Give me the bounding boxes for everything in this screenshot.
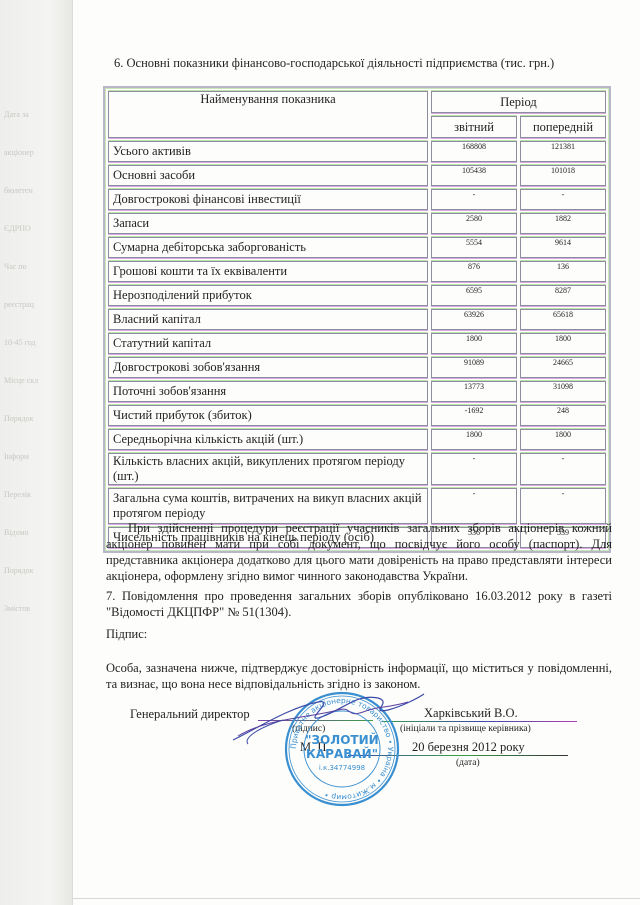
table-row: Довгострокові зобов'язання9108924665 [108,357,606,378]
indicator-name: Запаси [108,213,428,234]
value-previous: 8287 [520,285,606,306]
value-current: -1692 [431,405,517,426]
table-row: Кількість власних акцій, викуплених прот… [108,453,606,485]
ghost-text: Відомо [4,528,70,538]
table-row: Чистий прибуток (збиток)-1692248 [108,405,606,426]
page-bottom-edge [72,898,640,899]
value-previous: 1882 [520,213,606,234]
header-period: Період [431,91,606,113]
table-row: Власний капітал6392665618 [108,309,606,330]
table-row: Нерозподілений прибуток65958287 [108,285,606,306]
indicator-name: Статутний капітал [108,333,428,354]
value-previous: 121381 [520,141,606,162]
signer-name: Харківський В.О. [424,706,518,721]
value-previous: 65618 [520,309,606,330]
value-current: 91089 [431,357,517,378]
value-previous: 24665 [520,357,606,378]
ghost-text: Перелік [4,490,70,500]
ghost-text: Дата за [4,110,70,120]
value-previous: - [520,488,606,524]
publication-paragraph: 7. Повідомлення про проведення загальних… [106,588,612,620]
ghost-text: реєстрац [4,300,70,310]
value-previous: 9614 [520,237,606,258]
value-current: 5554 [431,237,517,258]
financial-indicators-table: Найменування показника Період звітний по… [103,86,611,553]
indicator-name: Кількість власних акцій, викуплених прот… [108,453,428,485]
signature-date: 20 березня 2012 року [412,740,525,755]
indicator-name: Основні засоби [108,165,428,186]
value-current: 1800 [431,429,517,450]
previous-page-edge: Дата заакціонербюлетенЄДРПОЧас пореєстра… [0,0,73,905]
value-current: 168808 [431,141,517,162]
value-current: 63926 [431,309,517,330]
ghost-text: акціонер [4,148,70,158]
table-row: Середньорічна кількість акцій (шт.)18001… [108,429,606,450]
indicator-name: Усього активів [108,141,428,162]
svg-text:КАРАВАЙ": КАРАВАЙ" [306,746,378,761]
table-row: Статутний капітал18001800 [108,333,606,354]
ghost-text: 10-45 год [4,338,70,348]
value-previous: 136 [520,261,606,282]
header-indicator-name: Найменування показника [108,91,428,138]
ghost-text: бюлетен [4,186,70,196]
indicator-name: Чистий прибуток (збиток) [108,405,428,426]
value-current: - [431,488,517,524]
table-row: Грошові кошти та їх еквіваленти876136 [108,261,606,282]
ghost-text: Змістов [4,604,70,614]
table-row: Довгострокові фінансові інвестиції-- [108,189,606,210]
value-previous: 1800 [520,333,606,354]
handwritten-signature-icon [228,688,428,748]
svg-text:і.к.34774998: і.к.34774998 [319,764,365,772]
value-current: 6595 [431,285,517,306]
value-previous: 31098 [520,381,606,402]
value-current: 876 [431,261,517,282]
header-previous: попередній [520,116,606,138]
value-current: 105438 [431,165,517,186]
indicator-name: Середньорічна кількість акцій (шт.) [108,429,428,450]
indicator-name: Поточні зобов'язання [108,381,428,402]
section-title: 6. Основні показники фінансово-господарс… [114,56,554,71]
ghost-text: ЄДРПО [4,224,70,234]
value-previous: 1800 [520,429,606,450]
table-row: Запаси25801882 [108,213,606,234]
ghost-text: Порядок [4,566,70,576]
value-previous: - [520,453,606,485]
table-row: Усього активів168808121381 [108,141,606,162]
indicator-name: Сумарна дебіторська заборгованість [108,237,428,258]
indicator-name: Загальна сума коштів, витрачених на вику… [108,488,428,524]
date-caption: (дата) [456,758,480,768]
table-row: Сумарна дебіторська заборгованість555496… [108,237,606,258]
table-row: Поточні зобов'язання1377331098 [108,381,606,402]
indicator-name: Довгострокові фінансові інвестиції [108,189,428,210]
signature-heading: Підпис: [106,626,612,642]
indicator-name: Нерозподілений прибуток [108,285,428,306]
table-row: Загальна сума коштів, витрачених на вику… [108,488,606,524]
table-row: Основні засоби105438101018 [108,165,606,186]
value-previous: 248 [520,405,606,426]
value-previous: - [520,189,606,210]
ghost-text: Час по [4,262,70,272]
value-current: 1800 [431,333,517,354]
value-previous: 101018 [520,165,606,186]
value-current: - [431,189,517,210]
value-current: 13773 [431,381,517,402]
registration-paragraph: При здійсненні процедури реєстрації учас… [106,520,612,584]
ghost-text: Місце скл [4,376,70,386]
ghost-text: Інформ [4,452,70,462]
ghost-text: Порядок [4,414,70,424]
indicator-name: Довгострокові зобов'язання [108,357,428,378]
value-current: 2580 [431,213,517,234]
indicator-name: Грошові кошти та їх еквіваленти [108,261,428,282]
indicator-name: Власний капітал [108,309,428,330]
header-current: звітний [431,116,517,138]
value-current: - [431,453,517,485]
